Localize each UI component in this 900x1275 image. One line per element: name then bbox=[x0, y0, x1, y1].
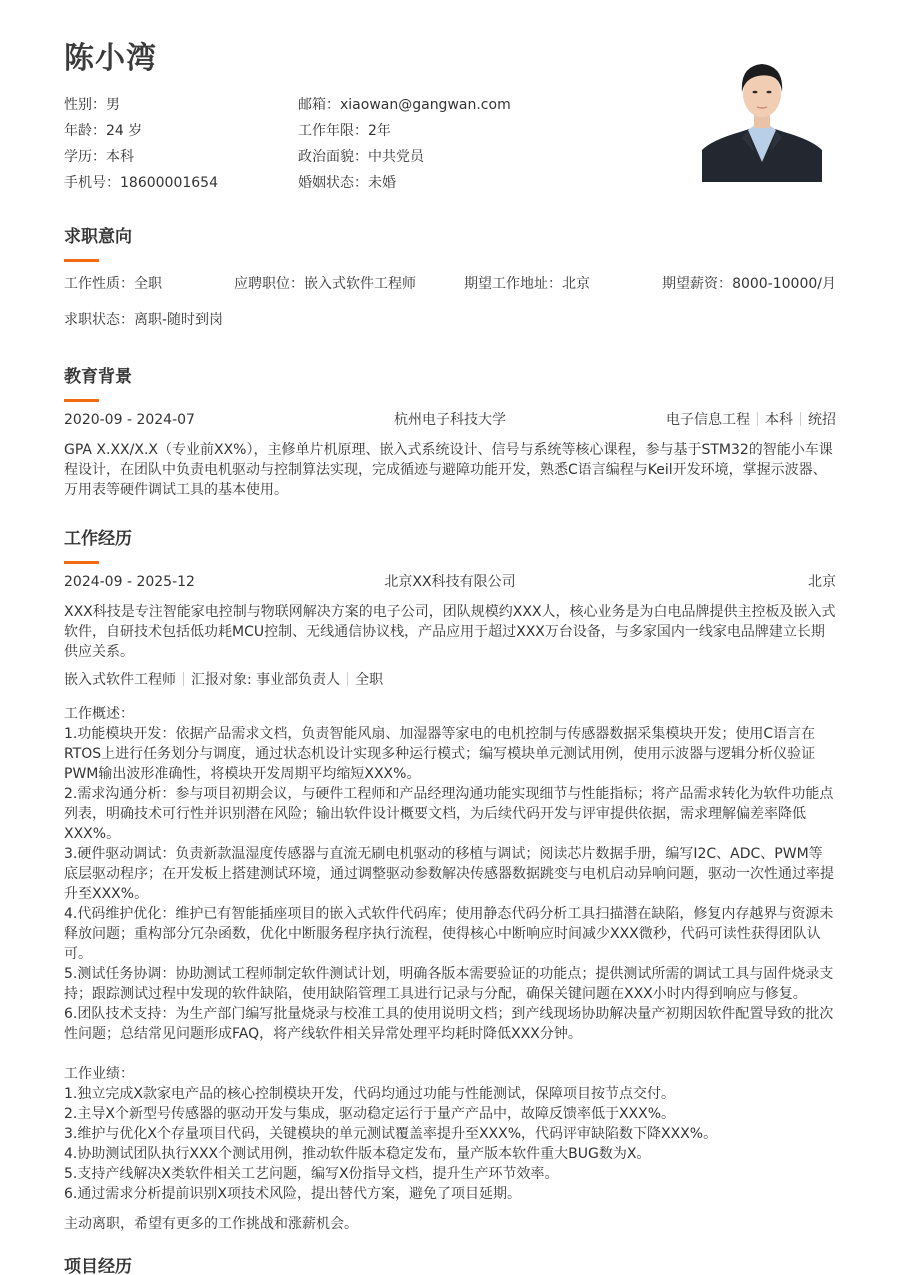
overview-item: 1.功能模块开发：依据产品需求文档，负责智能风扇、加湿器等家电的电机控制与传感器… bbox=[64, 724, 836, 784]
role-title: 嵌入式软件工程师 bbox=[64, 672, 176, 688]
overview-item: 2.需求沟通分析：参与项目初期会议，与硬件工程师和产品经理沟通功能实现细节与性能… bbox=[64, 784, 836, 844]
education-period: 2020-09 - 2024-07 bbox=[64, 410, 195, 430]
intent-row: 工作性质：全职 应聘职位：嵌入式软件工程师 期望工作地址：北京 期望薪资：800… bbox=[64, 274, 836, 294]
phone-label: 手机号： bbox=[64, 175, 120, 191]
overview-item: 4.代码维护优化：维护已有智能插座项目的嵌入式软件代码库；使用静态代码分析工具扫… bbox=[64, 904, 836, 964]
major: 电子信息工程 bbox=[666, 412, 750, 428]
separator bbox=[757, 412, 758, 426]
phone-value: 18600001654 bbox=[120, 175, 218, 191]
political-status-label: 政治面貌： bbox=[298, 149, 368, 165]
work-type-value: 全职 bbox=[134, 276, 162, 292]
job-type: 全职 bbox=[355, 672, 383, 688]
work-type-label: 工作性质： bbox=[64, 276, 134, 292]
job-status-value: 离职-随时到岗 bbox=[134, 312, 223, 328]
report-to: 汇报对象: 事业部负责人 bbox=[191, 672, 340, 688]
separator bbox=[347, 672, 348, 686]
work-header-row: 2024-09 - 2025-12 北京XX科技有限公司 北京 bbox=[64, 572, 836, 592]
achievement-item: 1.独立完成X款家电产品的核心控制模块开发，代码均通过功能与性能测试，保障项目按… bbox=[64, 1084, 836, 1104]
leave-reason: 主动离职，希望有更多的工作挑战和涨薪机会。 bbox=[64, 1214, 836, 1234]
basic-info-row: 性别：男 邮箱：xiaowan@gangwan.com bbox=[64, 93, 684, 119]
section-title: 工作经历 bbox=[64, 527, 836, 551]
education-level-label: 学历： bbox=[64, 149, 106, 165]
job-status-label: 求职状态： bbox=[64, 312, 134, 328]
work-period: 2024-09 - 2025-12 bbox=[64, 572, 195, 592]
education-section: 教育背景 2020-09 - 2024-07 杭州电子科技大学 电子信息工程本科… bbox=[64, 365, 836, 500]
location-label: 期望工作地址： bbox=[464, 276, 562, 292]
section-title: 教育背景 bbox=[64, 365, 836, 389]
position-value: 嵌入式软件工程师 bbox=[304, 276, 416, 292]
enrollment-type: 统招 bbox=[808, 412, 836, 428]
marital-status-value: 未婚 bbox=[368, 175, 396, 191]
separator bbox=[183, 672, 184, 686]
section-accent-bar bbox=[64, 561, 99, 564]
work-experience-section: 工作经历 2024-09 - 2025-12 北京XX科技有限公司 北京 XXX… bbox=[64, 527, 836, 1234]
profile-photo bbox=[702, 52, 822, 182]
achievement-item: 3.维护与优化X个存量项目代码，关键模块的单元测试覆盖率提升至XXX%，代码评审… bbox=[64, 1124, 836, 1144]
achievements-title: 工作业绩： bbox=[64, 1064, 836, 1084]
person-portrait-icon bbox=[702, 52, 822, 182]
section-title: 求职意向 bbox=[64, 225, 836, 249]
basic-info-row: 年龄：24 岁 工作年限：2年 bbox=[64, 119, 684, 145]
intent-row: 求职状态：离职-随时到岗 bbox=[64, 310, 836, 330]
degree: 本科 bbox=[765, 412, 793, 428]
salary-value: 8000-10000/月 bbox=[732, 276, 836, 292]
overview-item: 6.团队技术支持：为生产部门编写批量烧录与校准工具的使用说明文档；到产线现场协助… bbox=[64, 1004, 836, 1044]
gender-value: 男 bbox=[106, 97, 120, 113]
basic-info: 性别：男 邮箱：xiaowan@gangwan.com 年龄：24 岁 工作年限… bbox=[64, 93, 684, 197]
overview-item: 3.硬件驱动调试：负责新款温湿度传感器与直流无刷电机驱动的移植与调试；阅读芯片数… bbox=[64, 844, 836, 904]
email-value: xiaowan@gangwan.com bbox=[340, 97, 511, 113]
experience-years-label: 工作年限： bbox=[298, 123, 368, 139]
projects-section: 项目经历 bbox=[64, 1255, 836, 1275]
section-accent-bar bbox=[64, 259, 99, 262]
company-intro: XXX科技是专注智能家电控制与物联网解决方案的电子公司，团队规模约XXX人，核心… bbox=[64, 602, 836, 662]
location-value: 北京 bbox=[562, 276, 590, 292]
email-label: 邮箱： bbox=[298, 97, 340, 113]
education-description: GPA X.XX/X.X（专业前XX%），主修单片机原理、嵌入式系统设计、信号与… bbox=[64, 440, 836, 500]
overview-item: 5.测试任务协调：协助测试工程师制定软件测试计划，明确各版本需要验证的功能点；提… bbox=[64, 964, 836, 1004]
marital-status-label: 婚姻状态： bbox=[298, 175, 368, 191]
separator bbox=[800, 412, 801, 426]
role-tags: 嵌入式软件工程师汇报对象: 事业部负责人全职 bbox=[64, 670, 836, 690]
candidate-name: 陈小湾 bbox=[64, 38, 157, 80]
gender-label: 性别： bbox=[64, 97, 106, 113]
education-level-value: 本科 bbox=[106, 149, 134, 165]
age-label: 年龄： bbox=[64, 123, 106, 139]
education-details: 电子信息工程本科统招 bbox=[666, 410, 836, 430]
job-intent-section: 求职意向 工作性质：全职 应聘职位：嵌入式软件工程师 期望工作地址：北京 期望薪… bbox=[64, 225, 836, 330]
salary-label: 期望薪资： bbox=[662, 276, 732, 292]
section-accent-bar bbox=[64, 399, 99, 402]
position-label: 应聘职位： bbox=[234, 276, 304, 292]
resume-page: 陈小湾 性别：男 邮箱：xiaowan@gangwan.com 年龄：24 岁 … bbox=[0, 0, 900, 1275]
basic-info-row: 学历：本科 政治面貌：中共党员 bbox=[64, 145, 684, 171]
section-title: 项目经历 bbox=[64, 1255, 836, 1275]
political-status-value: 中共党员 bbox=[368, 149, 424, 165]
age-value: 24 岁 bbox=[106, 123, 142, 139]
education-header-row: 2020-09 - 2024-07 杭州电子科技大学 电子信息工程本科统招 bbox=[64, 410, 836, 430]
achievement-item: 5.支持产线解决X类软件相关工艺问题，编写X份指导文档，提升生产环节效率。 bbox=[64, 1164, 836, 1184]
work-city: 北京 bbox=[808, 572, 836, 592]
overview-title: 工作概述： bbox=[64, 704, 836, 724]
basic-info-row: 手机号：18600001654 婚姻状态：未婚 bbox=[64, 171, 684, 197]
achievement-item: 2.主导X个新型号传感器的驱动开发与集成，驱动稳定运行于量产产品中，故障反馈率低… bbox=[64, 1104, 836, 1124]
experience-years-value: 2年 bbox=[368, 123, 391, 139]
achievement-item: 6.通过需求分析提前识别X项技术风险，提出替代方案，避免了项目延期。 bbox=[64, 1184, 836, 1204]
achievement-item: 4.协助测试团队执行XXX个测试用例，推动软件版本稳定发布，量产版本软件重大BU… bbox=[64, 1144, 836, 1164]
